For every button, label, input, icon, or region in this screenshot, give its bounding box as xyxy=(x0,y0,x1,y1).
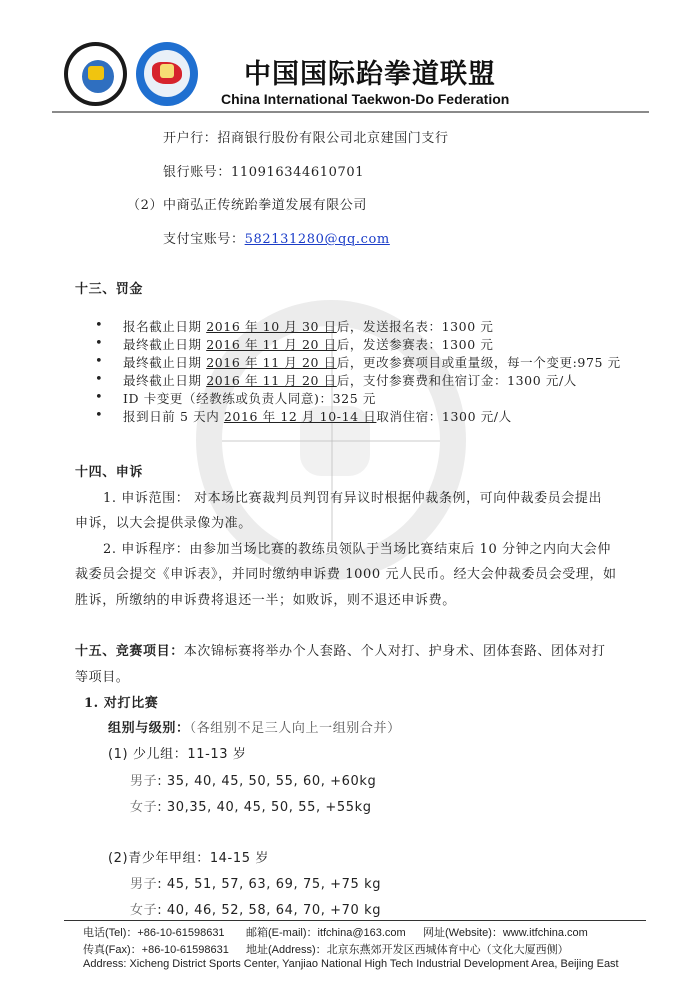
section-15-heading: 十五、竞赛项目： xyxy=(75,644,184,659)
fine-item: 最终截止日期 2016 年 11 月 20 日后，发送参赛表：1300 元 xyxy=(123,335,493,353)
footer-address-cn: 地址(Address)：北京东燕郊开发区西城体育中心（文化大厦西侧） xyxy=(246,941,569,957)
item-2-company: 中商弘正传统跆拳道发展有限公司 xyxy=(163,194,367,213)
appeal-scope-line1: 1. 申诉范围： 对本场比赛裁判员判罚有异议时根据仲裁条例，可向仲裁委员会提出 xyxy=(103,487,602,506)
footer-tel: 电话(Tel)：+86-10-61598631 xyxy=(83,924,225,940)
fine-item: 报名截止日期 2016 年 10 月 30 日后，发送报名表：1300 元 xyxy=(123,317,493,335)
group-1-male: 男子: 35, 40, 45, 50, 55, 60, +60kg xyxy=(130,770,376,789)
section-15-line2: 等项目。 xyxy=(75,666,129,685)
groups-label: 组别与级别： xyxy=(108,721,190,736)
section-14-heading: 十四、申诉 xyxy=(75,461,143,480)
section-13-heading: 十三、罚金 xyxy=(75,278,143,297)
footer-address-en: Address: Xicheng District Sports Center,… xyxy=(83,958,619,970)
groups-line: 组别与级别：（各组别不足三人向上一组别合并） xyxy=(108,717,401,736)
group-2-title: (2)青少年甲组：14-15 岁 xyxy=(108,847,269,866)
fine-item: 最终截止日期 2016 年 11 月 20 日后，支付参赛费和住宿订金：1300… xyxy=(123,371,577,389)
section-15-line1: 十五、竞赛项目：本次锦标赛将举办个人套路、个人对打、护身术、团体套路、团体对打 xyxy=(75,640,605,659)
group-2-male: 男子: 45, 51, 57, 63, 69, 75, +75 kg xyxy=(130,873,381,892)
bullet-icon: • xyxy=(95,390,103,405)
header-divider xyxy=(52,111,649,113)
bullet-icon: • xyxy=(95,408,103,423)
appeal-procedure-line2: 裁委员会提交《申诉表》，并同时缴纳申诉费 1000 元人民币。经大会仲裁委员会受… xyxy=(75,563,617,582)
group-1-female: 女子: 30,35, 40, 45, 50, 55, +55kg xyxy=(130,796,372,815)
footer-divider xyxy=(64,920,646,921)
fine-item: 最终截止日期 2016 年 11 月 20 日后，更改参赛项目或重量级，每一个变… xyxy=(123,353,621,371)
appeal-procedure-line1: 2. 申诉程序：由参加当场比赛的教练员领队于当场比赛结束后 10 分钟之内向大会… xyxy=(103,538,611,557)
federation-title-en: China International Taekwon-Do Federatio… xyxy=(221,91,509,107)
china-itf-logo xyxy=(136,42,198,106)
bank-account-label: 银行账号： xyxy=(163,165,231,180)
federation-title-cn: 中国国际跆拳道联盟 xyxy=(244,52,496,91)
group-1-title: (1) 少儿组：11-13 岁 xyxy=(108,743,246,762)
bullet-icon: • xyxy=(95,354,103,369)
fine-item: 报到日前 5 天内 2016 年 12 月 10-14 日取消住宿：1300 元… xyxy=(123,407,512,425)
group-2-female: 女子: 40, 46, 52, 58, 64, 70, +70 kg xyxy=(130,899,381,918)
footer-website: 网址(Website)：www.itfchina.com xyxy=(423,924,588,940)
fine-item: ID 卡变更（经教练或负责人同意)：325 元 xyxy=(123,389,376,407)
appeal-scope-line2: 申诉，以大会提供录像为准。 xyxy=(75,512,252,531)
bank-account: 银行账号：110916344610701 xyxy=(163,161,364,180)
bank-name: 开户行：招商银行股份有限公司北京建国门支行 xyxy=(163,127,449,146)
alipay-label: 支付宝账号： xyxy=(163,232,245,247)
item-2-number: （2） xyxy=(127,194,163,213)
footer-fax: 传真(Fax)：+86-10-61598631 xyxy=(83,941,229,957)
bullet-icon: • xyxy=(95,318,103,333)
appeal-procedure-line3: 胜诉，所缴纳的申诉费将退还一半；如败诉，则不退还申诉费。 xyxy=(75,589,456,608)
footer-email: 邮箱(E-mail)：itfchina@163.com xyxy=(246,924,406,940)
alipay-account: 支付宝账号：582131280@qq.com xyxy=(163,228,390,247)
alipay-email-link[interactable]: 582131280@qq.com xyxy=(245,232,390,247)
groups-note: （各组别不足三人向上一组别合并） xyxy=(190,721,401,736)
bullet-icon: • xyxy=(95,336,103,351)
bullet-icon: • xyxy=(95,372,103,387)
sparring-heading: 1. 对打比赛 xyxy=(84,692,158,711)
itf-logo xyxy=(64,42,127,106)
bank-account-number: 110916344610701 xyxy=(231,165,364,180)
